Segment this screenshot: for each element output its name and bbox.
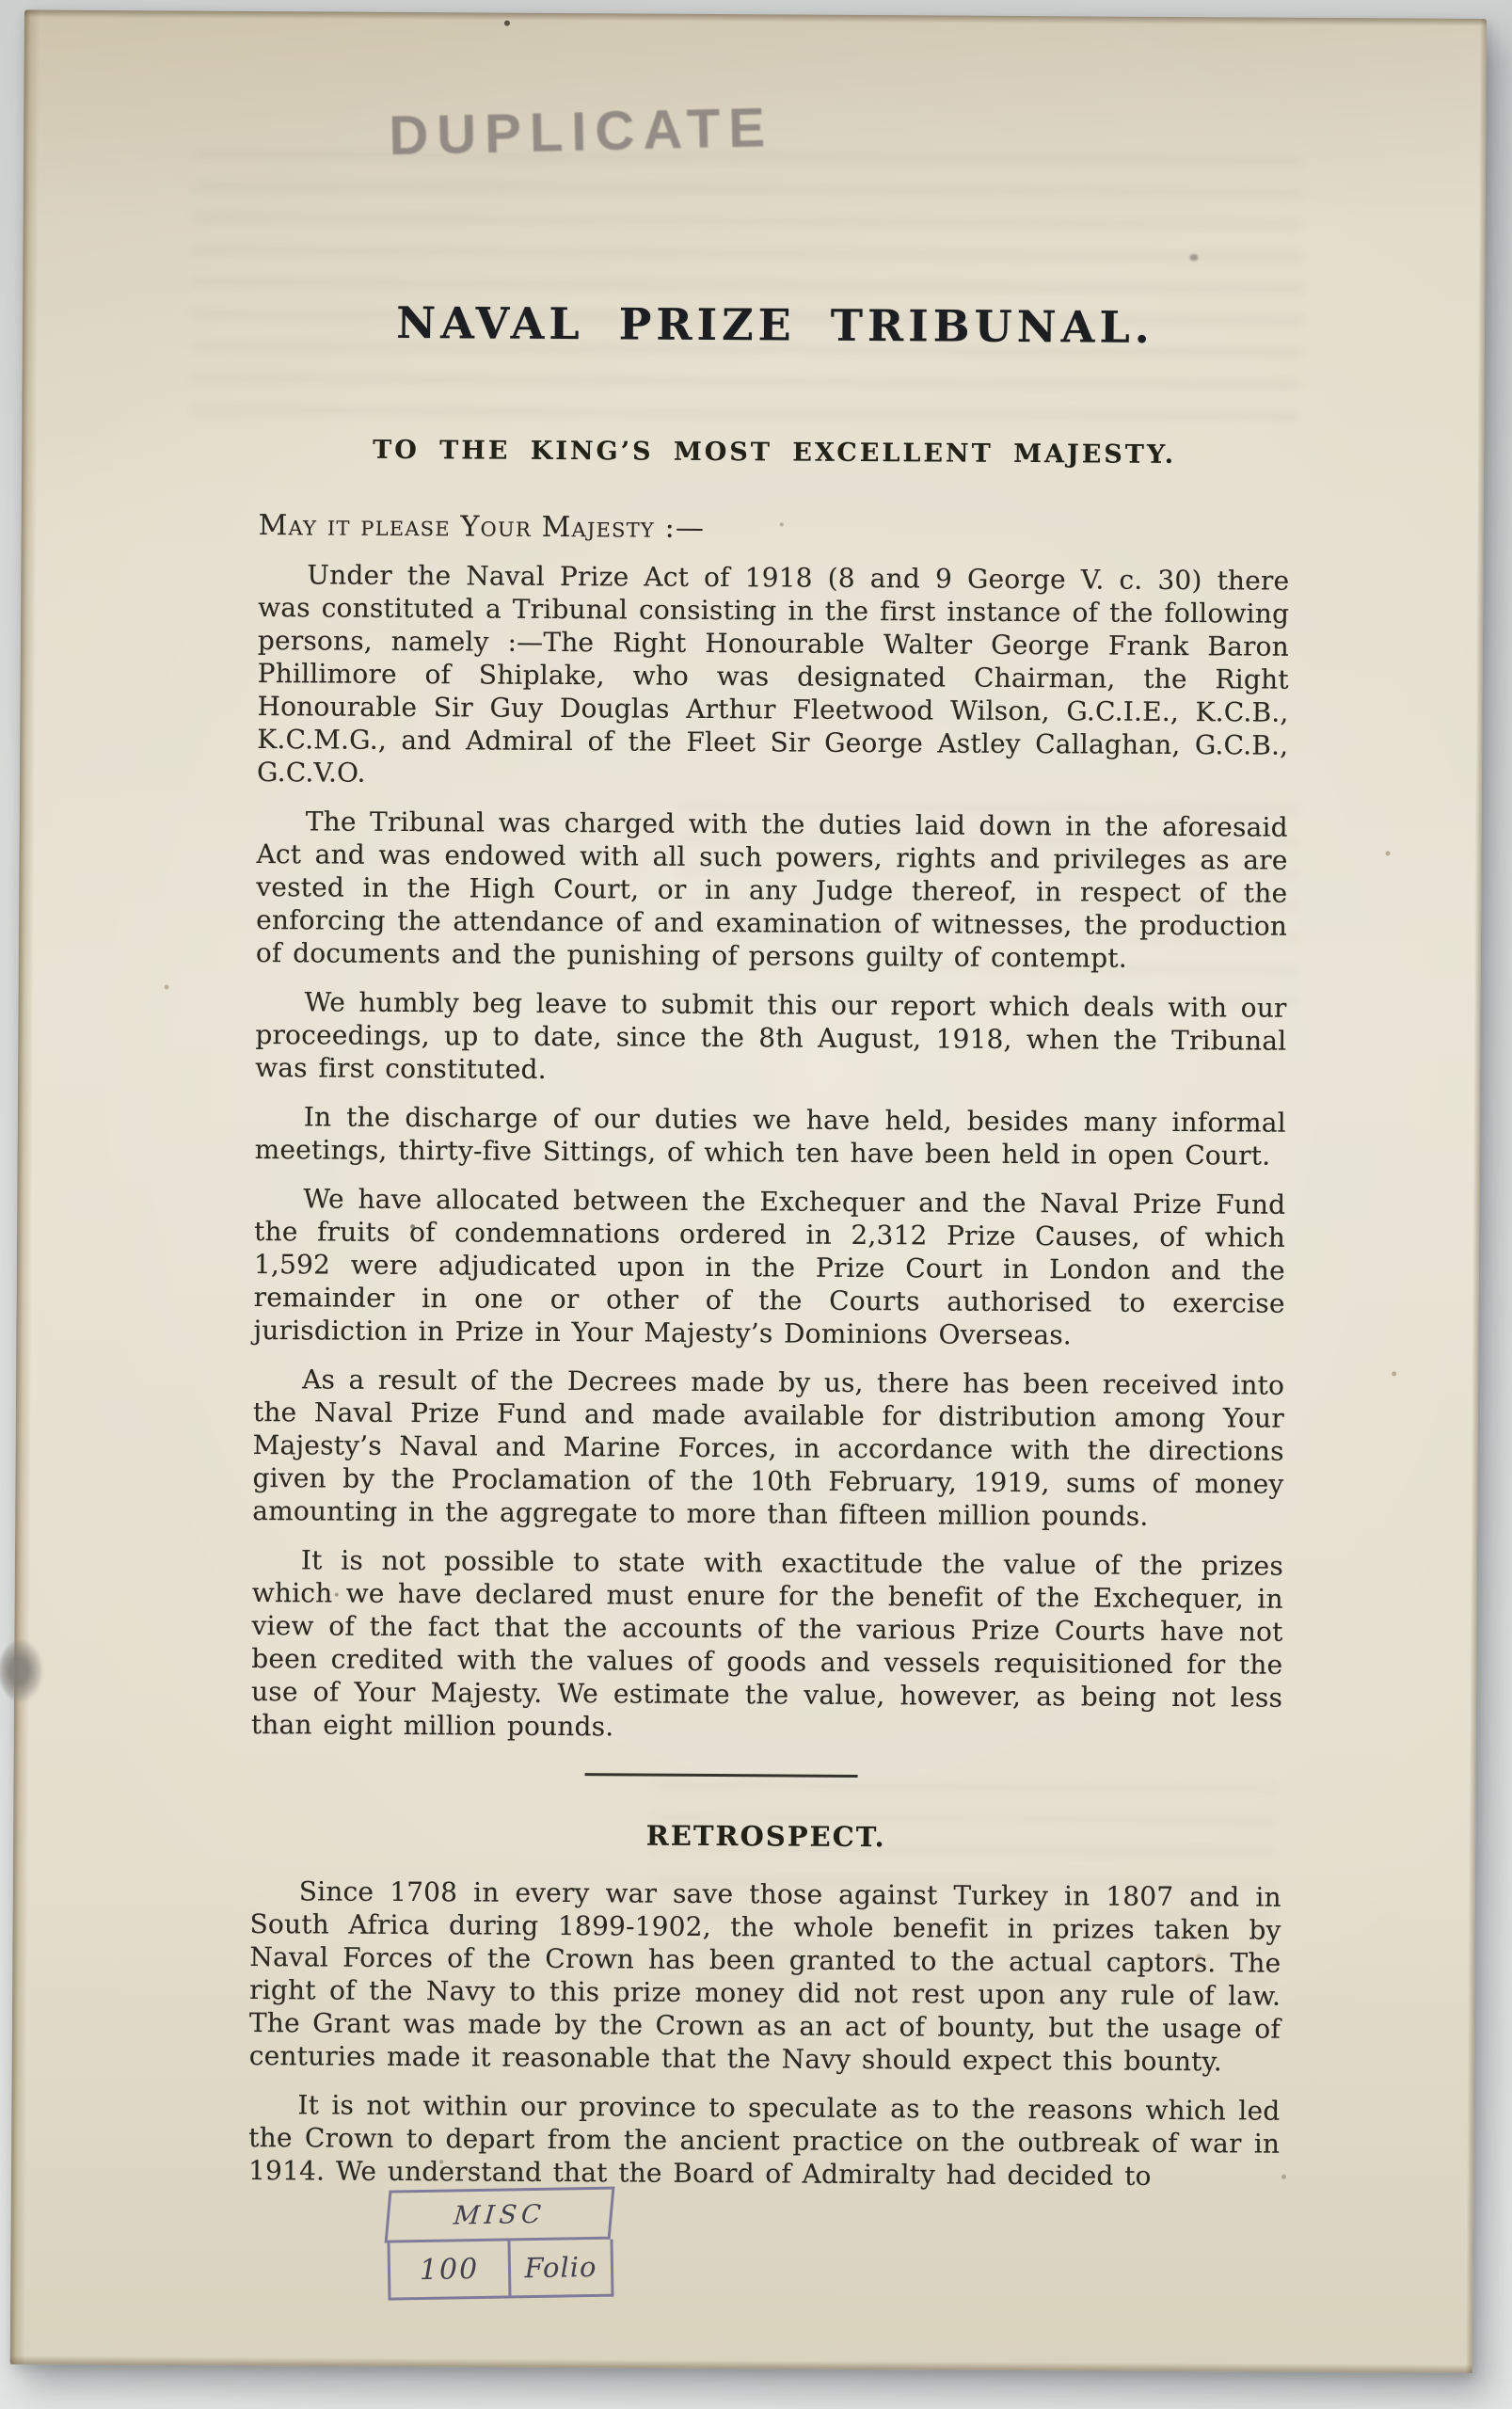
document-page: DUPLICATE NAVAL PRIZE TRIBUNAL. TO THE K… (10, 10, 1487, 2373)
section-divider (585, 1773, 858, 1778)
annotation-category: MISC (385, 2187, 615, 2243)
photo-background: DUPLICATE NAVAL PRIZE TRIBUNAL. TO THE K… (0, 0, 1512, 2409)
paper-speck (1386, 851, 1391, 855)
paragraph-exchequer-value: It is not possible to state with exactit… (251, 1543, 1283, 1747)
retrospect-paragraph-history: Since 1708 in every war save those again… (249, 1875, 1281, 2079)
paragraph-sittings: In the discharge of our duties we have h… (255, 1100, 1286, 1173)
salutation: May it please Your Majesty :— (259, 509, 1290, 549)
document-subtitle: TO THE KING’S MOST EXCELLENT MAJESTY. (259, 434, 1290, 472)
paragraph-constitution: Under the Naval Prize Act of 1918 (8 and… (257, 558, 1289, 795)
document-title: NAVAL PRIZE TRIBUNAL. (260, 296, 1291, 354)
paper-speck (1392, 1371, 1396, 1376)
annotation-format: Folio (511, 2240, 612, 2296)
paragraph-prize-fund: As a result of the Decrees made by us, t… (252, 1363, 1284, 1534)
page-bottom-edge (10, 2355, 1472, 2372)
document-content: NAVAL PRIZE TRIBUNAL. TO THE KING’S MOST… (248, 11, 1293, 2194)
paragraph-duties: The Tribunal was charged with the duties… (256, 805, 1288, 976)
retrospect-paragraph-crown: It is not within our province to specula… (248, 2088, 1281, 2194)
paragraph-allocations: We have allocated between the Exchequer … (253, 1182, 1285, 1353)
annotation-bottom-row: 100 Folio (388, 2240, 614, 2301)
paragraph-report: We humbly beg leave to submit this our r… (255, 985, 1287, 1091)
page-right-edge (1466, 19, 1487, 2373)
annotation-box: MISC 100 Folio (387, 2187, 614, 2301)
retrospect-heading: RETROSPECT. (250, 1817, 1281, 1857)
binding-thread (0, 1639, 42, 1701)
paper-speck (1281, 2175, 1286, 2179)
annotation-number: 100 (390, 2241, 512, 2297)
binding-spine (10, 10, 40, 2365)
paper-speck (165, 984, 169, 989)
